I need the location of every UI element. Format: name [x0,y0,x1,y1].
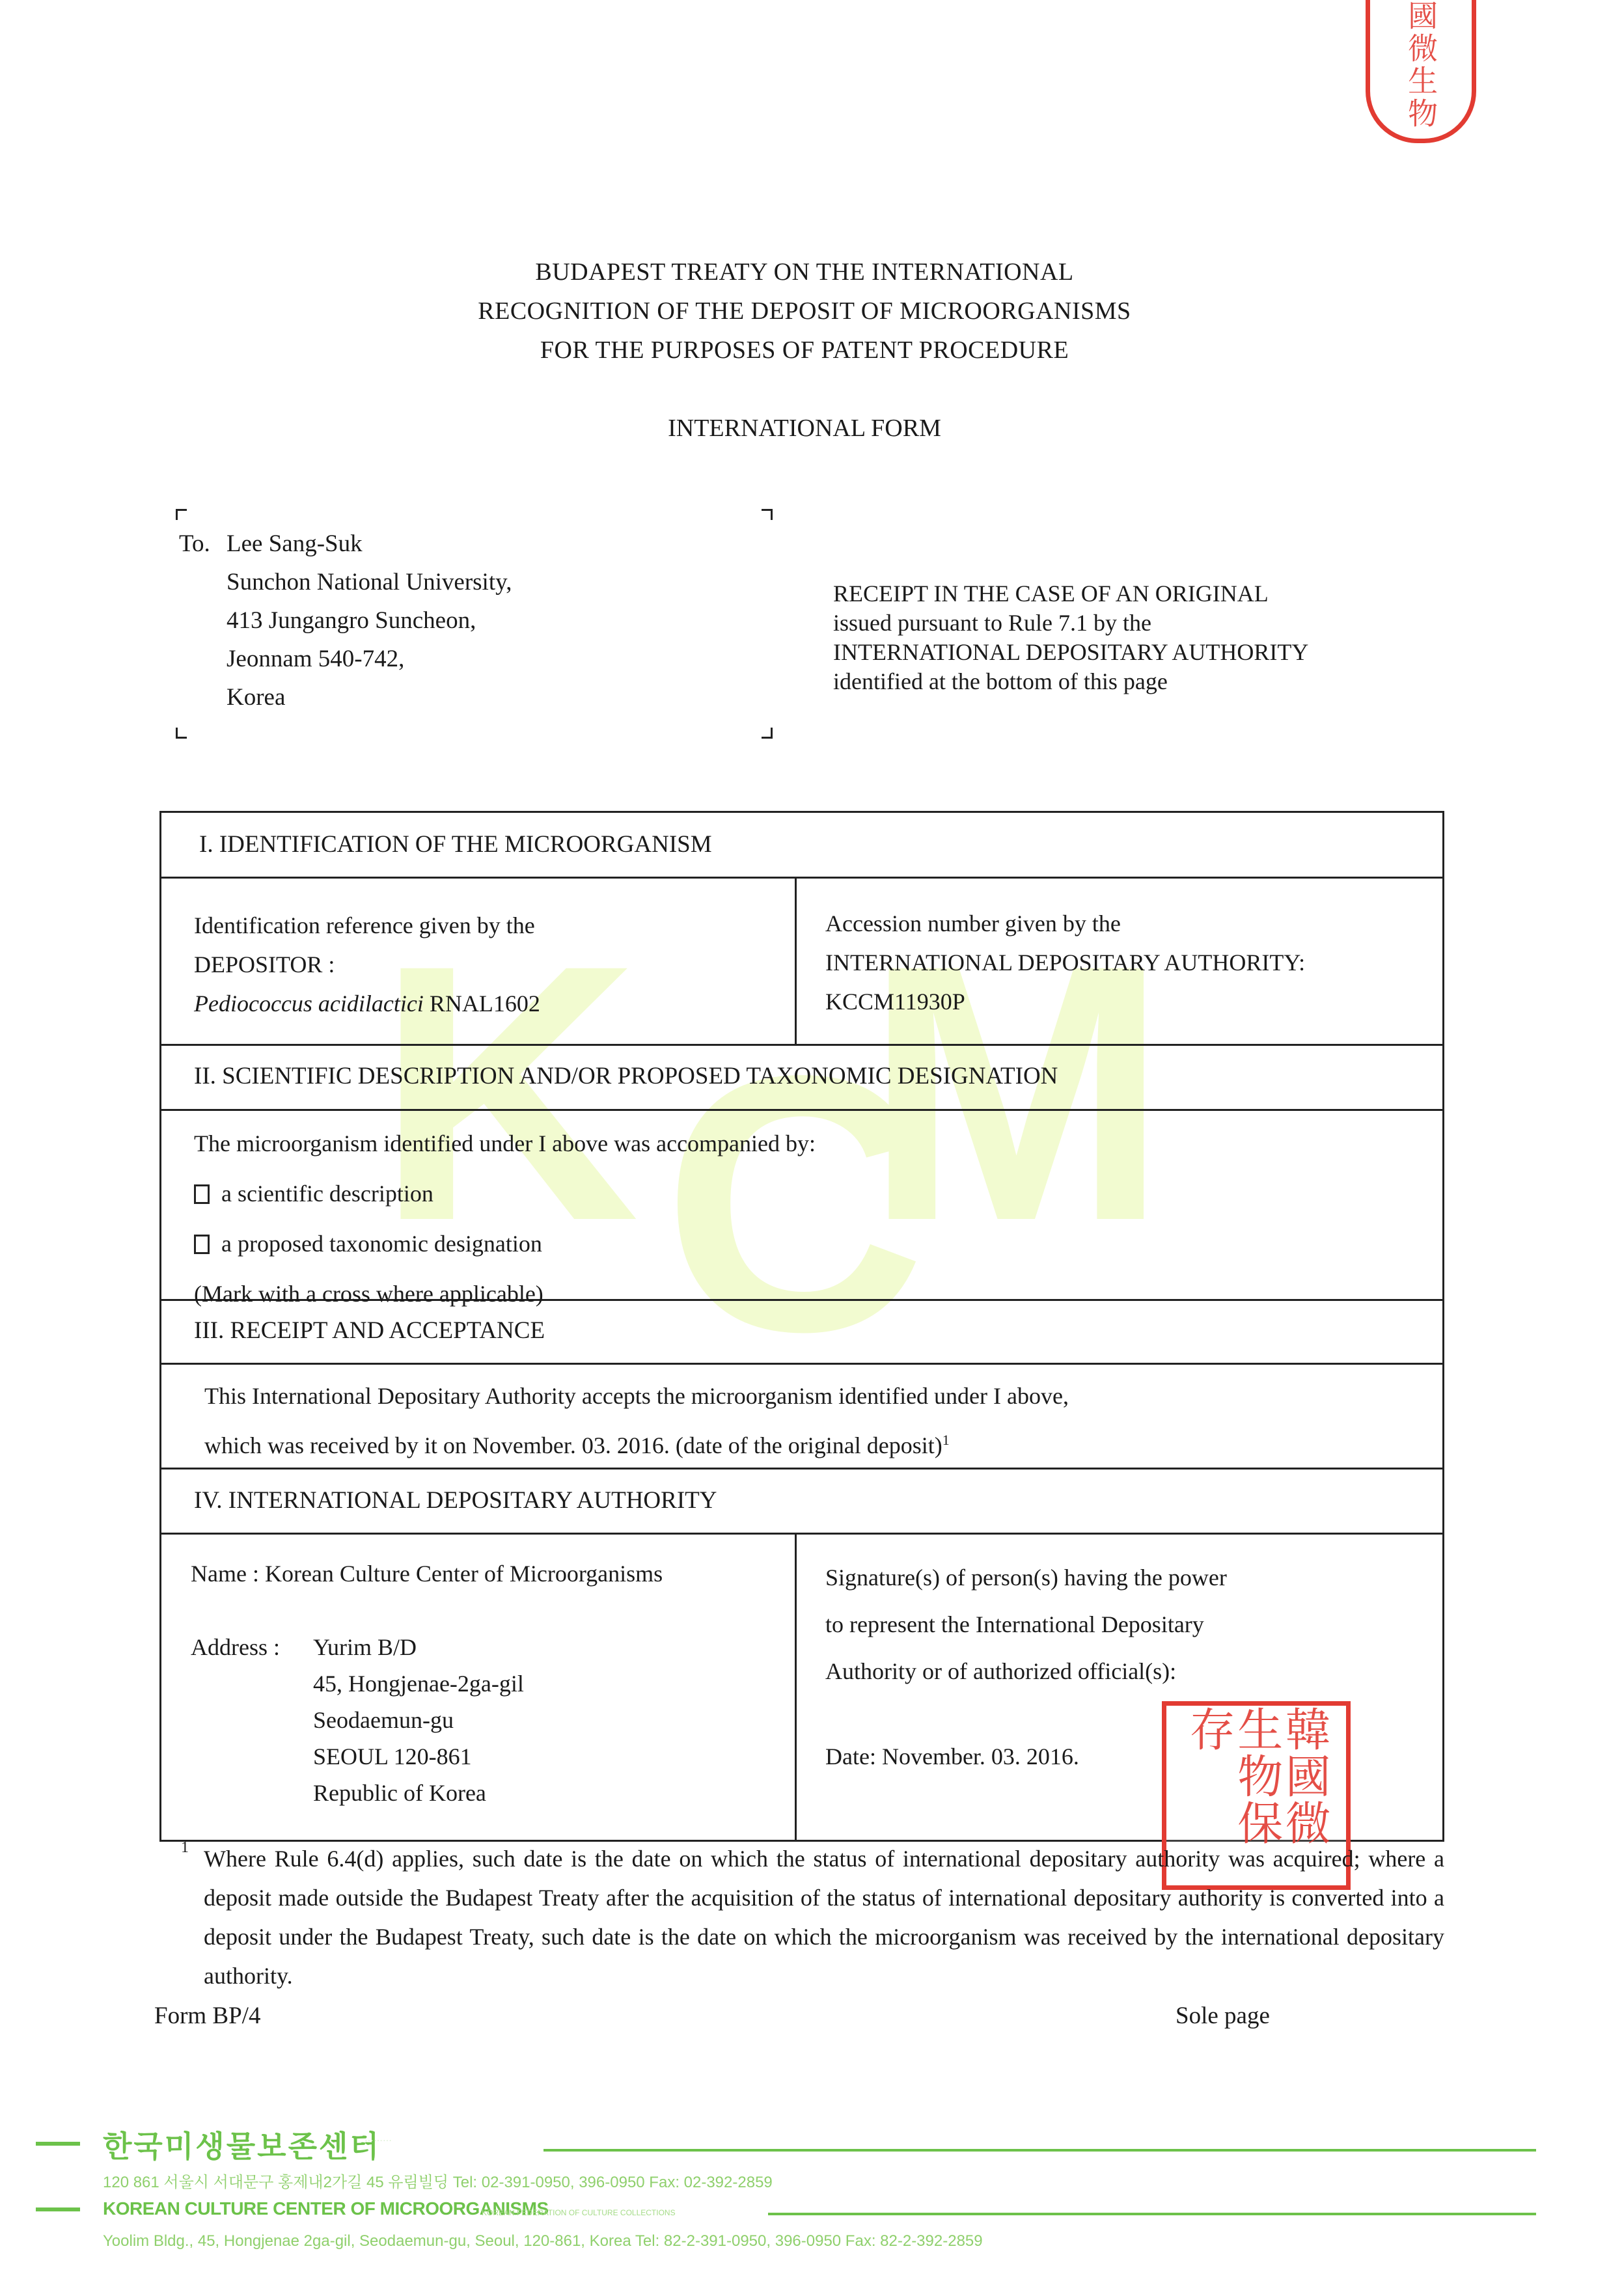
address-corner-bottom-left [176,728,187,739]
letterhead-korean-name: 한국미생물보존센터 [103,2123,381,2166]
checkbox-taxonomic-designation[interactable] [194,1235,210,1254]
section-1-title: I. IDENTIFICATION OF THE MICROORGANISM [199,830,712,858]
date-value: November. 03. 2016. [882,1743,1079,1770]
signature-line: to represent the International Depositar… [825,1601,1227,1648]
receipt-heading-line: issued pursuant to Rule 7.1 by the [833,608,1308,638]
address-corner-bottom-right [762,728,773,739]
treaty-title: BUDAPEST TREATY ON THE INTERNATIONAL REC… [0,253,1609,370]
strain-id: RNAL1602 [430,991,540,1017]
recipient-address-line: Jeonnam 540-742, [179,640,512,678]
name-label: Name : [191,1561,259,1587]
letterhead-korean-address: 120 861 서울시 서대문구 홍제내2가길 45 유림빌딩 Tel: 02-… [103,2169,773,2192]
to-label: To. [179,525,227,563]
option-label: a proposed taxonomic designation [221,1231,542,1257]
depositor-label-line-2: DEPOSITOR : [194,945,540,984]
ida-name-value: Korean Culture Center of Microorganisms [265,1561,663,1587]
seal-characters: 國微生物 [1405,0,1437,130]
recipient-name: Lee Sang-Suk [227,530,363,557]
section-2-title: II. SCIENTIFIC DESCRIPTION AND/OR PROPOS… [194,1062,1058,1090]
option-label: a scientific description [221,1181,433,1207]
address-corner-top-right [762,509,773,520]
page-note: Sole page [1176,2002,1270,2030]
accession-number: KCCM11930P [825,982,1305,1021]
row-divider [161,1044,1442,1046]
acceptance-line-1: This International Depositary Authority … [204,1374,1069,1418]
recipient-address-line: Sunchon National University, [179,563,512,601]
signature-line: Signature(s) of person(s) having the pow… [825,1554,1227,1601]
signature-block: Signature(s) of person(s) having the pow… [825,1554,1227,1695]
ida-address-line: Yurim B/D [313,1629,524,1665]
section-4-title: IV. INTERNATIONAL DEPOSITARY AUTHORITY [194,1486,717,1514]
column-divider [795,1533,797,1840]
official-seal-top: 國微生物 [1366,0,1476,143]
recipient-address-line: 413 Jungangro Suncheon, [179,601,512,640]
section-2-note: (Mark with a cross where applicable) [194,1269,816,1319]
address-label: Address : [191,1629,313,1811]
accession-info: Accession number given by the INTERNATIO… [825,904,1305,1021]
ida-address-line: Republic of Korea [313,1775,524,1811]
ida-name: Name : Korean Culture Center of Microorg… [191,1554,663,1593]
row-divider [161,1363,1442,1365]
option-scientific-description[interactable]: a scientific description [194,1169,816,1219]
letterhead-dash [36,2142,80,2146]
section-2-intro: The microorganism identified under I abo… [194,1119,816,1169]
accession-label-line-2: INTERNATIONAL DEPOSITARY AUTHORITY: [825,943,1305,982]
title-line-3: FOR THE PURPOSES OF PATENT PROCEDURE [0,331,1609,370]
footnote-text: Where Rule 6.4(d) applies, such date is … [204,1839,1444,1995]
form-title: INTERNATIONAL FORM [0,414,1609,443]
row-divider [161,1109,1442,1111]
letterhead-dash [36,2207,80,2211]
recipient-address-line: Korea [179,678,512,717]
date-label: Date: [825,1743,876,1770]
letterhead-english-subtitle: KOREAN FEDERATION OF CULTURE COLLECTIONS [482,2208,676,2217]
option-taxonomic-designation[interactable]: a proposed taxonomic designation [194,1219,816,1269]
ida-address-line: SEOUL 120-861 [313,1738,524,1775]
section-3-body: This International Depositary Authority … [204,1374,1069,1468]
row-divider [161,1533,1442,1535]
letterhead-rule [543,2149,1536,2152]
receipt-heading-line: RECEIPT IN THE CASE OF AN ORIGINAL [833,579,1308,608]
footnote-reference: 1 [942,1432,950,1448]
letterhead-english-address: Yoolim Bldg., 45, Hongjenae 2ga-gil, Seo… [103,2232,983,2250]
ida-address-line: 45, Hongjenae-2ga-gil [313,1665,524,1702]
recipient-address: To.Lee Sang-Suk Sunchon National Univers… [179,525,512,717]
title-line-2: RECOGNITION OF THE DEPOSIT OF MICROORGAN… [0,292,1609,331]
letterhead-rule [768,2213,1536,2215]
section-3-title: III. RECEIPT AND ACCEPTANCE [194,1317,545,1345]
column-divider [795,877,797,1044]
ida-address-line: Seodaemun-gu [313,1702,524,1738]
deposit-form-table: K C M I. IDENTIFICATION OF THE MICROORGA… [159,811,1444,1842]
form-id: Form BP/4 [154,2002,260,2030]
depositor-reference: Identification reference given by the DE… [194,906,540,1023]
checkbox-scientific-description[interactable] [194,1184,210,1204]
letterhead-korean-subtitle: ········· [364,2135,392,2145]
acceptance-line-2: which was received by it on November. 03… [204,1432,942,1458]
receipt-heading: RECEIPT IN THE CASE OF AN ORIGINAL issue… [833,579,1308,696]
receipt-heading-line: INTERNATIONAL DEPOSITARY AUTHORITY [833,638,1308,667]
species-name: Pediococcus acidilactici [194,991,424,1017]
depositor-label-line-1: Identification reference given by the [194,906,540,945]
row-divider [161,1468,1442,1469]
title-line-1: BUDAPEST TREATY ON THE INTERNATIONAL [0,253,1609,292]
receipt-heading-line: identified at the bottom of this page [833,667,1308,696]
signature-date: Date: November. 03. 2016. [825,1737,1079,1776]
ida-address: Address : Yurim B/D 45, Hongjenae-2ga-gi… [191,1629,524,1811]
accession-label-line-1: Accession number given by the [825,904,1305,943]
footnote-mark: 1 [181,1839,189,1857]
section-2-body: The microorganism identified under I abo… [194,1119,816,1319]
signature-line: Authority or of authorized official(s): [825,1648,1227,1695]
address-corner-top-left [176,509,187,520]
row-divider [161,877,1442,879]
